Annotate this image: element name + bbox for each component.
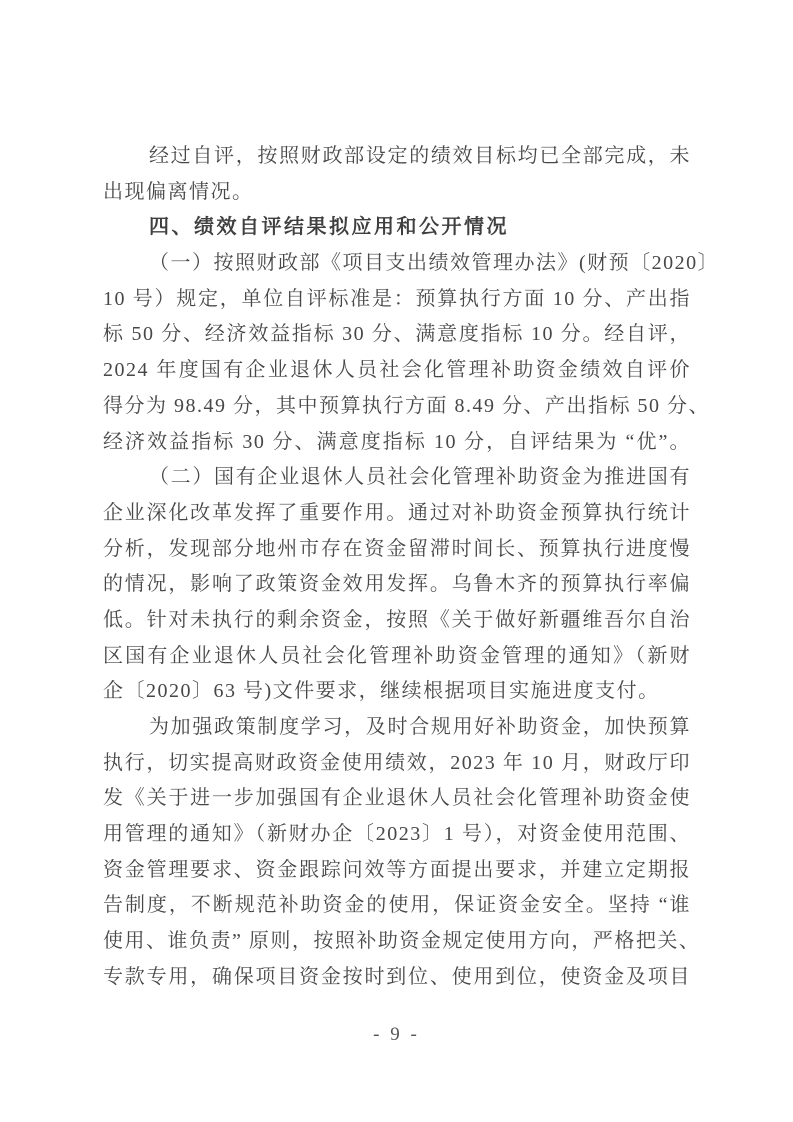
page-number: - 9 - — [0, 1024, 793, 1046]
paragraph-line: 告制度，不断规范补助资金的使用，保证资金安全。坚持 “谁 — [103, 888, 691, 924]
paragraph-line: 的情况，影响了政策资金效用发挥。乌鲁木齐的预算执行率偏 — [103, 567, 691, 603]
paragraph-line: 执行，切实提高财政资金使用绩效，2023 年 10 月，财政厅印 — [103, 746, 691, 782]
paragraph-line: （二）国有企业退休人员社会化管理补助资金为推进国有 — [103, 460, 691, 496]
paragraph-line: 分析，发现部分地州市存在资金留滞时间长、预算执行进度慢 — [103, 532, 691, 568]
paragraph-line: 标 50 分、经济效益指标 30 分、满意度指标 10 分。经自评， — [103, 317, 691, 353]
paragraph-line: 发《关于进一步加强国有企业退休人员社会化管理补助资金使 — [103, 781, 691, 817]
paragraph-line: 10 号）规定，单位自评标准是：预算执行方面 10 分、产出指 — [103, 282, 691, 318]
document-body: 经过自评，按照财政部设定的绩效目标均已全部完成，未 出现偏离情况。 四、绩效自评… — [103, 139, 691, 996]
paragraph-line: 经过自评，按照财政部设定的绩效目标均已全部完成，未 — [103, 139, 691, 175]
paragraph-line: 经济效益指标 30 分、满意度指标 10 分，自评结果为 “优”。 — [103, 425, 691, 461]
paragraph-line: 区国有企业退休人员社会化管理补助资金管理的通知》（新财 — [103, 639, 691, 675]
paragraph-line: 使用、谁负责” 原则，按照补助资金规定使用方向，严格把关、 — [103, 924, 691, 960]
document-page: 经过自评，按照财政部设定的绩效目标均已全部完成，未 出现偏离情况。 四、绩效自评… — [0, 0, 793, 1122]
paragraph-line: 为加强政策制度学习，及时合规用好补助资金，加快预算 — [103, 710, 691, 746]
section-heading: 四、绩效自评结果拟应用和公开情况 — [103, 210, 691, 246]
paragraph-line: 专款专用，确保项目资金按时到位、使用到位，使资金及项目 — [103, 960, 691, 996]
paragraph-line: 低。针对未执行的剩余资金，按照《关于做好新疆维吾尔自治 — [103, 603, 691, 639]
paragraph-line: （一）按照财政部《项目支出绩效管理办法》(财预〔2020〕 — [103, 246, 691, 282]
paragraph-line: 用管理的通知》（新财办企〔2023〕1 号），对资金使用范围、 — [103, 817, 691, 853]
paragraph-line: 企业深化改革发挥了重要作用。通过对补助资金预算执行统计 — [103, 496, 691, 532]
paragraph-line: 得分为 98.49 分，其中预算执行方面 8.49 分、产出指标 50 分、 — [103, 389, 691, 425]
paragraph-line: 企〔2020〕63 号)文件要求，继续根据项目实施进度支付。 — [103, 674, 691, 710]
paragraph-line: 2024 年度国有企业退休人员社会化管理补助资金绩效自评价 — [103, 353, 691, 389]
paragraph-line: 资金管理要求、资金跟踪问效等方面提出要求，并建立定期报 — [103, 853, 691, 889]
paragraph-line: 出现偏离情况。 — [103, 175, 691, 211]
